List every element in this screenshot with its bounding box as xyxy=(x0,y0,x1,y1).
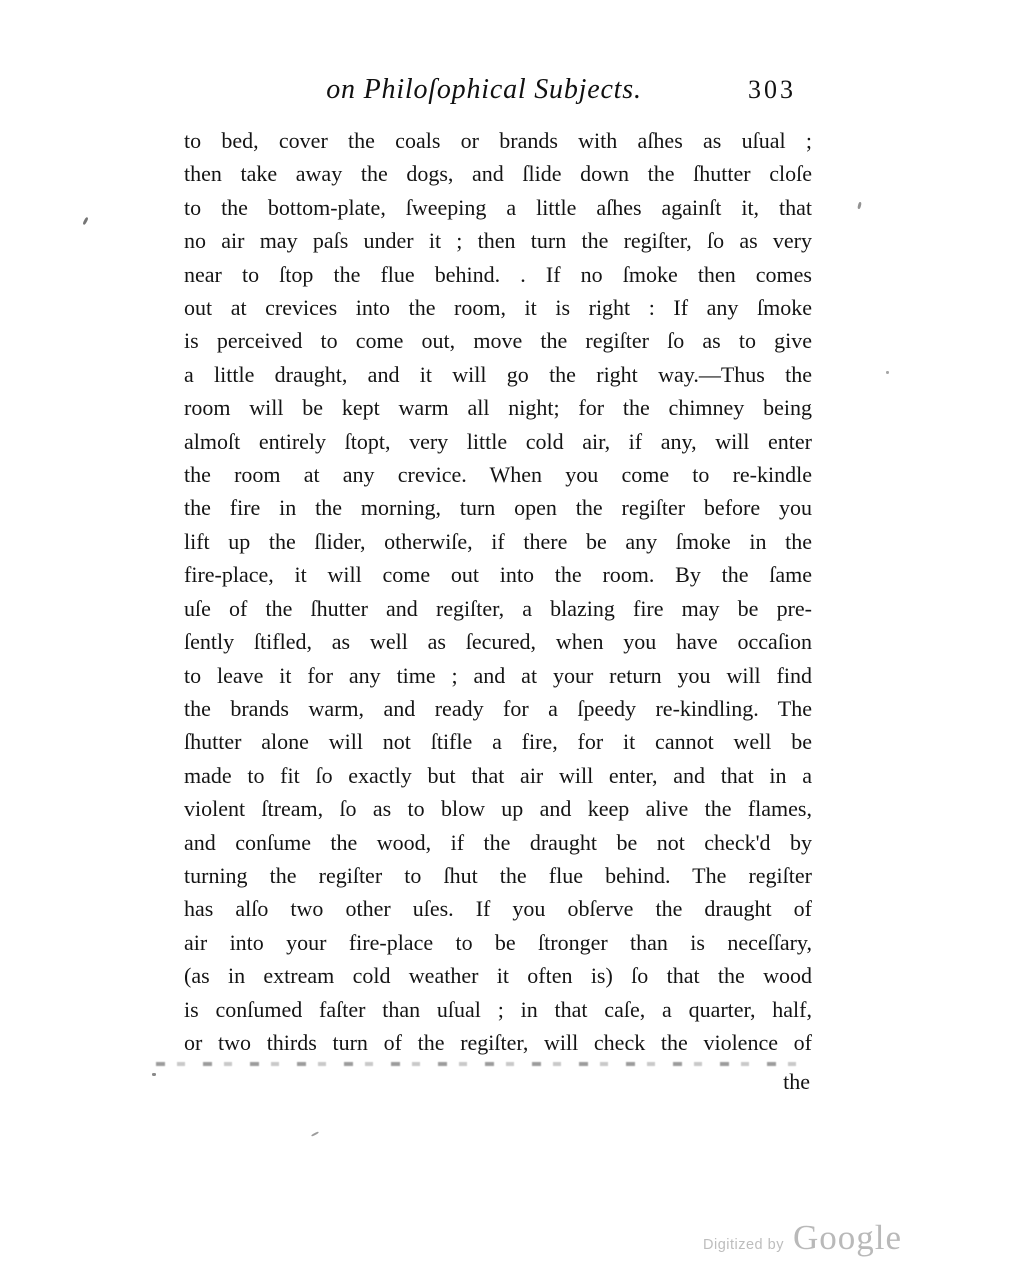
text-line: the room at any crevice. When you come t… xyxy=(184,458,812,491)
scan-speck xyxy=(857,202,862,210)
catchword-row: the xyxy=(184,1069,812,1095)
text-line: fire-place, it will come out into the ro… xyxy=(184,558,812,591)
text-line: lift up the ſlider, otherwiſe, if there … xyxy=(184,525,812,558)
scan-speck xyxy=(886,371,889,374)
text-block: on Philoſophical Subjects. 303 to bed, c… xyxy=(184,74,812,1095)
text-line: and conſume the wood, if the draught be … xyxy=(184,826,812,859)
text-line: the fire in the morning, turn open the r… xyxy=(184,491,812,524)
text-line: ſently ſtifled, as well as ſecured, when… xyxy=(184,625,812,658)
text-line: ſhutter alone will not ſtifle a fire, fo… xyxy=(184,725,812,758)
text-line: has alſo two other uſes. If you obſerve … xyxy=(184,892,812,925)
text-line: or two thirds turn of the regiſter, will… xyxy=(184,1026,812,1059)
text-line: turning the regiſter to ſhut the flue be… xyxy=(184,859,812,892)
digitized-by-label: Digitized by xyxy=(703,1237,784,1253)
text-line: air into your fire-place to be ſtronger … xyxy=(184,926,812,959)
catchword: the xyxy=(783,1069,810,1094)
text-line: violent ſtream, ſo as to blow up and kee… xyxy=(184,792,812,825)
text-line: (as in extream cold weather it often is)… xyxy=(184,959,812,992)
text-line: a little draught, and it will go the rig… xyxy=(184,358,812,391)
text-line: almoſt entirely ſtopt, very little cold … xyxy=(184,425,812,458)
text-line: to bed, cover the coals or brands with a… xyxy=(184,124,812,157)
text-line: then take away the dogs, and ſlide down … xyxy=(184,157,812,190)
text-line: no air may paſs under it ; then turn the… xyxy=(184,224,812,257)
book-page: on Philoſophical Subjects. 303 to bed, c… xyxy=(0,0,1014,1282)
text-line: is perceived to come out, move the regiſ… xyxy=(184,324,812,357)
faded-print-line xyxy=(156,1062,812,1066)
text-line: out at crevices into the room, it is rig… xyxy=(184,291,812,324)
page-number: 303 xyxy=(748,75,796,105)
text-line: uſe of the ſhutter and regiſter, a blazi… xyxy=(184,592,812,625)
text-line: to the bottom-plate, ſweeping a little a… xyxy=(184,191,812,224)
page-header: on Philoſophical Subjects. 303 xyxy=(184,74,812,124)
scan-speck xyxy=(311,1131,319,1137)
text-line: the brands warm, and ready for a ſpeedy … xyxy=(184,692,812,725)
text-line: is conſumed faſter than uſual ; in that … xyxy=(184,993,812,1026)
body-text: to bed, cover the coals or brands with a… xyxy=(184,124,812,1059)
scan-speck xyxy=(82,217,88,225)
running-title: on Philoſophical Subjects. xyxy=(170,74,798,106)
scan-speck xyxy=(152,1073,156,1076)
text-line: made to fit ſo exactly but that air will… xyxy=(184,759,812,792)
text-line: near to ſtop the flue behind. . If no ſm… xyxy=(184,258,812,291)
text-line: room will be kept warm all night; for th… xyxy=(184,391,812,424)
google-logo: Google xyxy=(793,1218,902,1258)
text-line: to leave it for any time ; and at your r… xyxy=(184,659,812,692)
google-watermark: Digitized by Google xyxy=(703,1218,902,1258)
